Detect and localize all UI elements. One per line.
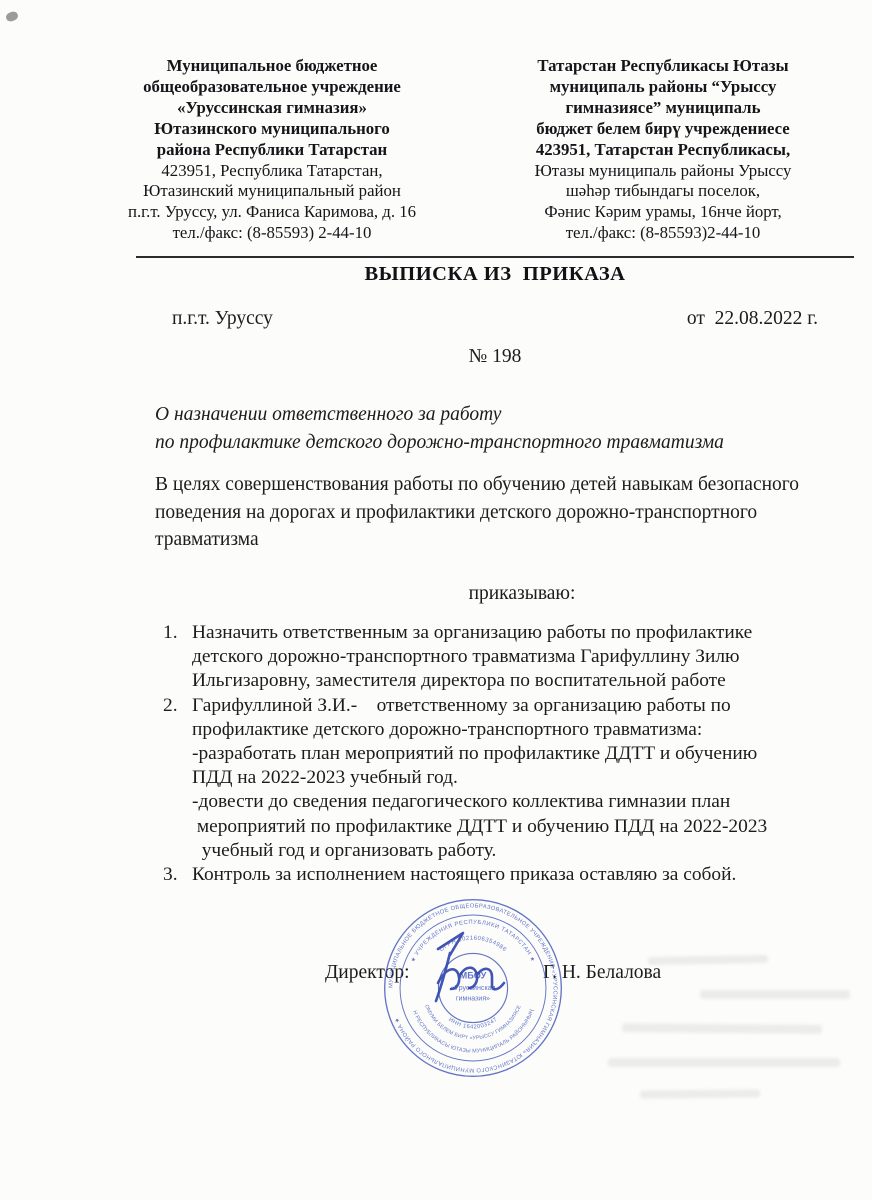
meta-row: п.г.т. Уруссу от 22.08.2022 г. [172, 308, 818, 330]
letterhead-right: Татарстан Республикасы Ютазы муниципаль … [490, 56, 836, 244]
document-title: ВЫПИСКА ИЗ ПРИКАЗА [136, 263, 854, 286]
letterhead-left-line: п.г.т. Уруссу, ул. Фаниса Каримова, д. 1… [86, 202, 458, 223]
list-row: 3.Контроль за исполнением настоящего при… [163, 863, 853, 887]
list-row: 1.Назначить ответственным за организацию… [163, 621, 853, 645]
item-number [163, 645, 192, 669]
bleed-through-mark [608, 1058, 840, 1067]
item-text: детского дорожно-транспортного травматиз… [192, 645, 740, 669]
item-text: Контроль за исполнением настоящего прика… [192, 863, 736, 887]
item-number: 3. [163, 863, 192, 887]
letterhead-right-line: 423951, Татарстан Республикасы, [490, 140, 836, 161]
item-text: мероприятий по профилактике ДДТТ и обуче… [192, 815, 767, 839]
document-page: Муниципальное бюджетное общеобразователь… [0, 0, 872, 1200]
letterhead-left-line: Ютазинского муниципального [86, 119, 458, 140]
item-number [163, 718, 192, 742]
item-number [163, 815, 192, 839]
item-number: 1. [163, 621, 192, 645]
signature [408, 925, 578, 1020]
item-number [163, 766, 192, 790]
list-row: 2.Гарифуллиной З.И.- ответственному за о… [163, 694, 853, 718]
item-text: Ильгизаровну, заместителя директора по в… [192, 669, 726, 693]
item-number [163, 742, 192, 766]
order-number: № 198 [136, 346, 854, 368]
letterhead-right-line: тел./факс: (8-85593)2-44-10 [490, 223, 836, 244]
item-text: -довести до сведения педагогического кол… [192, 790, 730, 814]
letterhead-right-line: Фәнис Кәрим урамы, 16нче йорт, [490, 202, 836, 223]
list-row: -разработать план мероприятий по профила… [163, 742, 853, 766]
letterhead-left-line: Ютазинский муниципальный район [86, 181, 458, 202]
scan-speck [5, 10, 19, 23]
bleed-through-mark [648, 955, 768, 965]
item-number [163, 669, 192, 693]
letterhead-left-line: общеобразовательное учреждение [86, 77, 458, 98]
item-number [163, 790, 192, 814]
item-number [163, 839, 192, 863]
list-row: учебный год и организовать работу. [163, 839, 853, 863]
item-text: Гарифуллиной З.И.- ответственному за орг… [192, 694, 731, 718]
item-text: профилактике детского дорожно-транспортн… [192, 718, 702, 742]
body-line: поведения на дорогах и профилактики детс… [155, 499, 799, 527]
letterhead-right-line: Ютазы муниципаль районы Урыссу [490, 161, 836, 182]
body-paragraph: В целях совершенствования работы по обуч… [155, 471, 799, 554]
bleed-through-mark [622, 1023, 822, 1034]
body-line: В целях совершенствования работы по обуч… [155, 471, 799, 499]
list-row: Ильгизаровну, заместителя директора по в… [163, 669, 853, 693]
date-label: от 22.08.2022 г. [687, 308, 818, 330]
letterhead-left-line: тел./факс: (8-85593) 2-44-10 [86, 223, 458, 244]
subject-line: О назначении ответственного за работу [155, 401, 724, 429]
letterhead-left-line: Муниципальное бюджетное [86, 56, 458, 77]
list-row: ПДД на 2022-2023 учебный год. [163, 766, 853, 790]
signature-stroke [436, 933, 504, 1001]
order-items: 1.Назначить ответственным за организацию… [163, 621, 853, 887]
bleed-through-mark [700, 990, 850, 999]
list-row: мероприятий по профилактике ДДТТ и обуче… [163, 815, 853, 839]
item-text: -разработать план мероприятий по профила… [192, 742, 757, 766]
letterhead-left-line: района Республики Татарстан [86, 140, 458, 161]
place-label: п.г.т. Уруссу [172, 308, 273, 330]
letterhead-right-line: муниципаль районы “Урыссу [490, 77, 836, 98]
letterhead-right-line: шәһәр тибындагы поселок, [490, 181, 836, 202]
letterhead-left: Муниципальное бюджетное общеобразователь… [86, 56, 458, 244]
letterhead-right-line: Татарстан Республикасы Ютазы [490, 56, 836, 77]
letterhead-right-line: гимназиясе” муниципаль [490, 98, 836, 119]
item-number: 2. [163, 694, 192, 718]
list-row: детского дорожно-транспортного травматиз… [163, 645, 853, 669]
subject-line: по профилактике детского дорожно-транспо… [155, 429, 724, 457]
subject-block: О назначении ответственного за работу по… [155, 401, 724, 457]
letterhead-right-line: бюджет белем бирү учреждениесе [490, 119, 836, 140]
decree-word: приказываю: [195, 583, 849, 605]
item-text: учебный год и организовать работу. [192, 839, 496, 863]
separator-line [136, 256, 854, 258]
list-row: -довести до сведения педагогического кол… [163, 790, 853, 814]
letterhead-left-line: 423951, Республика Татарстан, [86, 161, 458, 182]
item-text: Назначить ответственным за организацию р… [192, 621, 752, 645]
item-text: ПДД на 2022-2023 учебный год. [192, 766, 458, 790]
bleed-through-mark [640, 1089, 760, 1098]
letterhead-left-line: «Уруссинская гимназия» [86, 98, 458, 119]
list-row: профилактике детского дорожно-транспортн… [163, 718, 853, 742]
body-line: травматизма [155, 526, 799, 554]
